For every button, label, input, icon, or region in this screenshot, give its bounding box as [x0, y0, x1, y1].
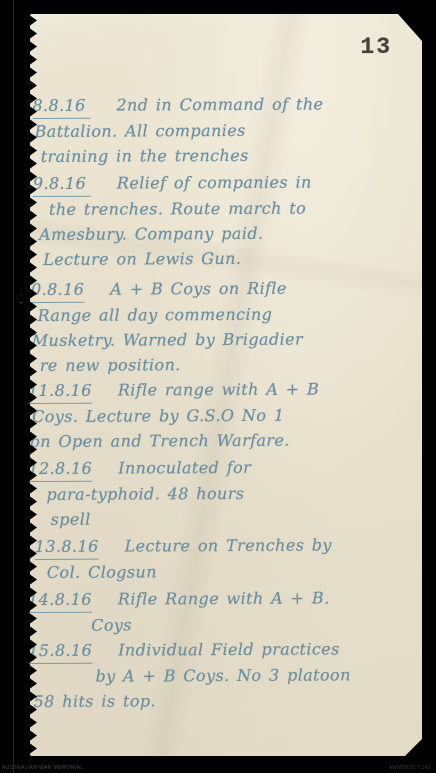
diary-entry: 8.8.162nd in Command of the Battalion. A…: [32, 91, 412, 169]
entry-text: Individual Field practices: [118, 639, 340, 659]
entry-line: Lecture on Lewis Gun.: [43, 245, 413, 272]
entry-line: Amesbury. Company paid.: [39, 220, 413, 247]
entry-text: 2nd in Command of the: [116, 94, 323, 114]
entry-line: Coys: [91, 611, 415, 638]
diary-entry: 13.8.16Lecture on Trenches by Col. Clogs…: [35, 532, 415, 585]
entry-line: spell: [51, 505, 415, 532]
diary-entry: 11.8.16Rifle range with A + B Coys. Lect…: [34, 376, 414, 454]
scanner-edge-line: [13, 0, 14, 773]
entry-line: para-typhoid. 48 hours: [46, 480, 414, 507]
diary-entry: 9.8.16Relief of companies in the trenche…: [33, 169, 414, 272]
watermark-reference: AWM2020.7.143: [389, 765, 431, 771]
entry-line: training in the trenches: [41, 142, 413, 169]
scanned-diary-screenshot: { "page": { "page_number": "13", "source…: [0, 0, 436, 773]
entry-line: Range all day commencing: [37, 301, 413, 328]
entry-line: the trenches. Route march to: [49, 195, 413, 222]
entry-text: Relief of companies in: [117, 173, 312, 193]
diary-entry: 12.8.16Innoculated for para-typhoid. 48 …: [34, 454, 414, 532]
entry-line: by A + B Coys. No 3 platoon: [95, 662, 415, 689]
page-number-stamp: 13: [360, 34, 392, 60]
watermark-source: AUSTRALIAN WAR MEMORIAL: [2, 765, 84, 771]
entry-line: 11.8.16Rifle range with A + B: [34, 376, 414, 404]
entry-line: 13.8.16Lecture on Trenches by: [35, 532, 415, 560]
entry-text: Innoculated for: [118, 458, 251, 478]
diary-entry: 10.8.16A + B Coys on Rifle Range all day…: [33, 275, 414, 378]
entry-line: on Open and Trench Warfare.: [30, 427, 414, 454]
entry-text: Lecture on Trenches by: [125, 535, 332, 555]
entry-line: 14.8.16Rifle Range with A + B.: [35, 585, 415, 613]
entry-text: Rifle Range with A + B.: [118, 588, 330, 608]
entry-line: Coys. Lecture by G.S.O No 1: [32, 402, 414, 429]
entry-line: 10.8.16A + B Coys on Rifle: [33, 275, 413, 303]
entry-line: 9.8.16Relief of companies in: [33, 169, 413, 197]
diary-page: 13 8.8.162nd in Command of the Battalion…: [30, 14, 422, 756]
entry-line: Col. Clogsun: [47, 558, 415, 585]
entry-date: 13.8.16: [35, 534, 99, 560]
entry-line: 15.8.16Individual Field practices: [35, 636, 415, 664]
entry-line: Battalion. All companies: [35, 117, 413, 144]
corner-fold-bottom-right: [405, 739, 422, 756]
entry-line: 58 hits is top.: [33, 687, 415, 714]
torn-paper-edge: [22, 14, 38, 756]
corner-fold-top-right: [398, 14, 422, 41]
entry-text: Rifle range with A + B: [118, 380, 319, 400]
entry-line: 8.8.162nd in Command of the: [32, 91, 412, 119]
entry-line: re new position.: [40, 351, 414, 378]
entry-line: 12.8.16Innoculated for: [34, 454, 414, 482]
diary-entries: 8.8.162nd in Command of the Battalion. A…: [32, 91, 415, 714]
entry-text: A + B Coys on Rifle: [110, 279, 287, 299]
diary-entry: 14.8.16Rifle Range with A + B. Coys: [35, 585, 415, 638]
entry-date: 9.8.16: [33, 171, 91, 197]
entry-date: 8.8.16: [32, 93, 90, 119]
diary-entry: 15.8.16Individual Field practices by A +…: [35, 636, 415, 714]
entry-line: Musketry. Warned by Brigadier: [32, 326, 414, 353]
